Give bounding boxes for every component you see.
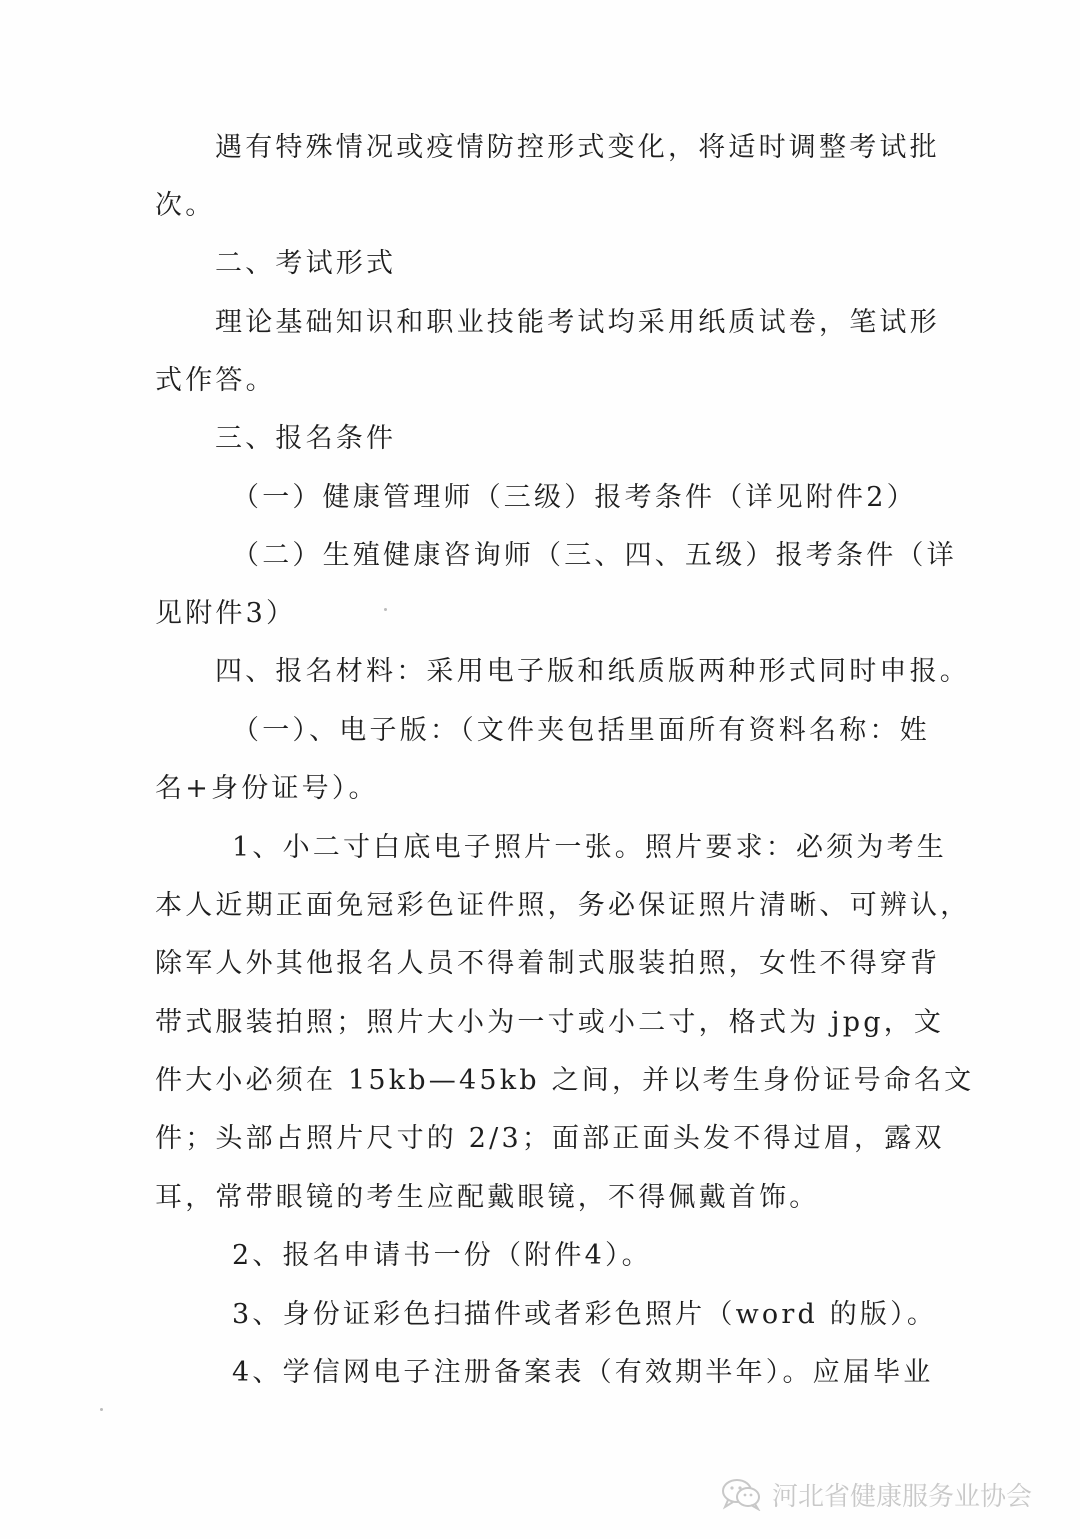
document-line: 见附件3） xyxy=(155,594,927,634)
document-line: 式作答。 xyxy=(155,361,927,401)
document-line: 三、报名条件 xyxy=(215,419,927,459)
wechat-icon xyxy=(720,1477,766,1511)
document-line: 四、报名材料：采用电子版和纸质版两种形式同时申报。 xyxy=(215,652,927,692)
scan-speck xyxy=(100,1408,103,1411)
document-line: 除军人外其他报名人员不得着制式服装拍照，女性不得穿背 xyxy=(155,944,927,984)
document-line: 本人近期正面免冠彩色证件照，务必保证照片清晰、可辨认， xyxy=(155,886,927,926)
document-line: 件；头部占照片尺寸的 2/3；面部正面头发不得过眉，露双 xyxy=(155,1119,927,1159)
document-line: 遇有特殊情况或疫情防控形式变化，将适时调整考试批 xyxy=(215,128,927,168)
document-line: （二）生殖健康咨询师（三、四、五级）报考条件（详 xyxy=(232,536,927,576)
document-line: 二、考试形式 xyxy=(215,244,927,284)
document-line: 带式服装拍照；照片大小为一寸或小二寸，格式为 jpg，文 xyxy=(155,1003,927,1043)
document-line: 件大小必须在 15kb—45kb 之间，并以考生身份证号命名文 xyxy=(155,1061,927,1101)
document-line: 1、小二寸白底电子照片一张。照片要求：必须为考生 xyxy=(232,828,927,868)
scanned-document-page: 遇有特殊情况或疫情防控形式变化，将适时调整考试批次。二、考试形式理论基础知识和职… xyxy=(0,0,1080,1539)
document-line: （一）健康管理师（三级）报考条件（详见附件2） xyxy=(232,478,927,518)
document-line: 名+身份证号）。 xyxy=(155,769,927,809)
document-line: （一）、电子版：（文件夹包括里面所有资料名称：姓 xyxy=(232,711,927,751)
document-line: 2、报名申请书一份（附件4）。 xyxy=(232,1236,927,1276)
document-line: 3、身份证彩色扫描件或者彩色照片（word 的版）。 xyxy=(232,1295,927,1335)
watermark-text: 河北省健康服务业协会 xyxy=(772,1476,1032,1513)
document-line: 耳，常带眼镜的考生应配戴眼镜，不得佩戴首饰。 xyxy=(155,1178,927,1218)
document-line: 理论基础知识和职业技能考试均采用纸质试卷，笔试形 xyxy=(215,303,927,343)
document-line: 次。 xyxy=(155,186,927,226)
scan-speck xyxy=(384,608,387,611)
wechat-account-watermark: 河北省健康服务业协会 xyxy=(720,1474,1032,1514)
document-line: 4、学信网电子注册备案表（有效期半年）。应届毕业 xyxy=(232,1353,927,1393)
